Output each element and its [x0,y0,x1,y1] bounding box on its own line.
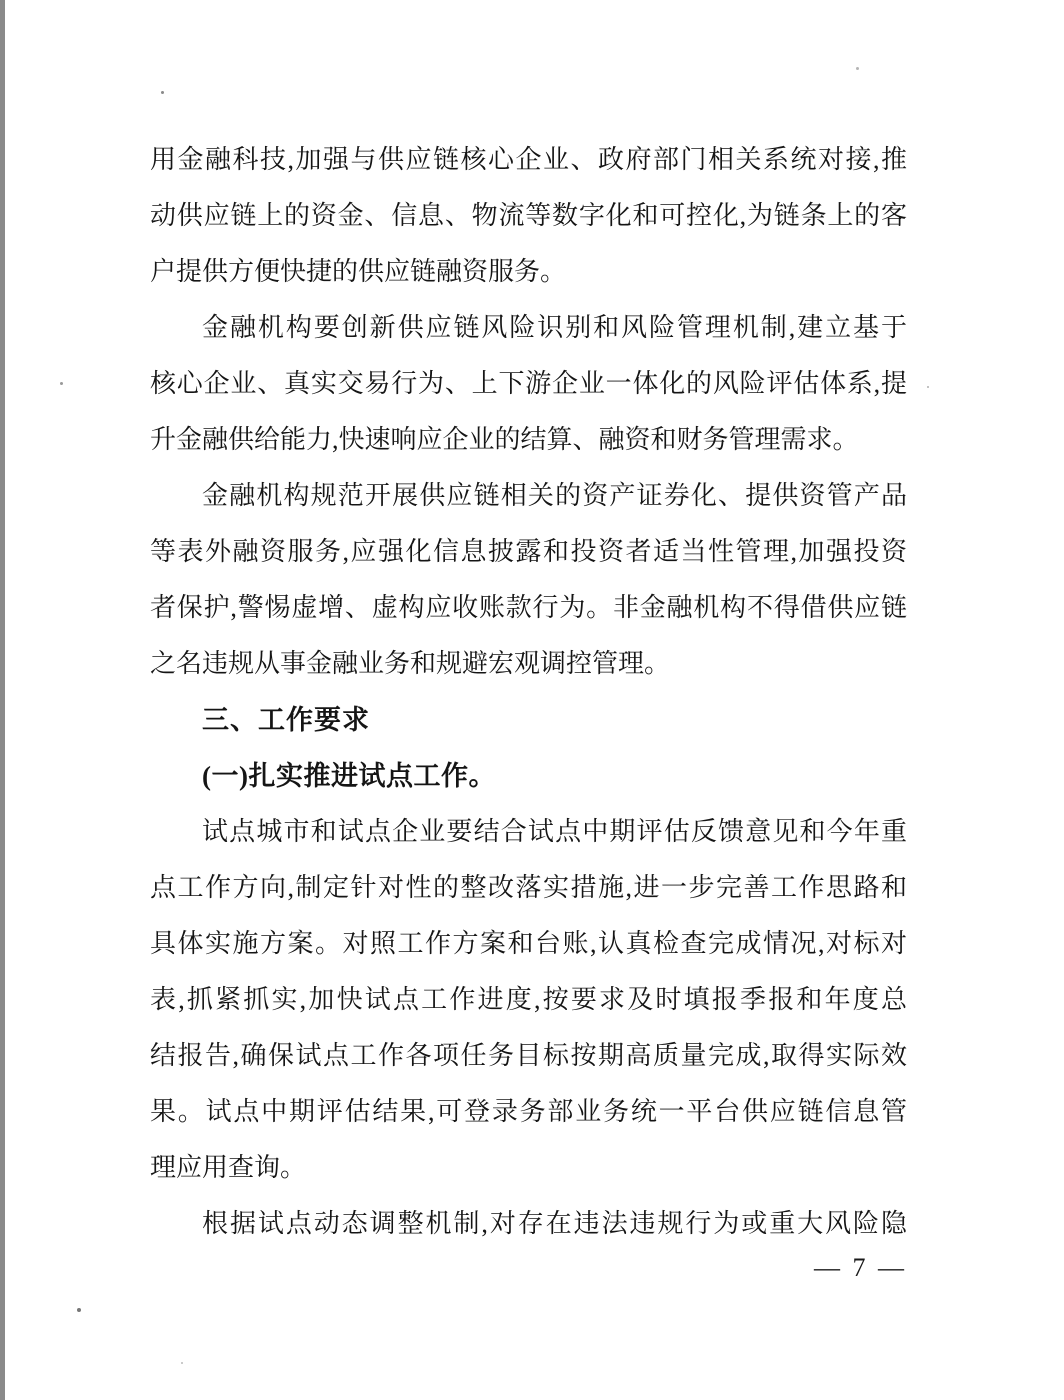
text-line: 动供应链上的资金、信息、物流等数字化和可控化,为链条上的客 [150,188,907,244]
scan-speck [60,382,63,385]
page-number: — 7 — [814,1240,907,1296]
section-heading: 三、工作要求 [150,692,907,748]
scan-edge-shadow [0,0,5,1400]
text-line: 之名违规从事金融业务和规避宏观调控管理。 [150,636,907,692]
text-line: 根据试点动态调整机制,对存在违法违规行为或重大风险隐 [150,1196,907,1252]
text-line: 理应用查询。 [150,1140,907,1196]
scan-speck [77,1308,81,1312]
text-line: 者保护,警惕虚增、虚构应收账款行为。非金融机构不得借供应链 [150,580,907,636]
text-line: 户提供方便快捷的供应链融资服务。 [150,244,907,300]
document-body: 用金融科技,加强与供应链核心企业、政府部门相关系统对接,推 动供应链上的资金、信… [150,132,907,1252]
text-line: 升金融供给能力,快速响应企业的结算、融资和财务管理需求。 [150,412,907,468]
subsection-heading: (一)扎实推进试点工作。 [150,748,907,804]
text-line: 核心企业、真实交易行为、上下游企业一体化的风险评估体系,提 [150,356,907,412]
scan-speck [927,386,929,388]
text-line: 等表外融资服务,应强化信息披露和投资者适当性管理,加强投资 [150,524,907,580]
text-line: 结报告,确保试点工作各项任务目标按期高质量完成,取得实际效 [150,1028,907,1084]
text-line: 点工作方向,制定针对性的整改落实措施,进一步完善工作思路和 [150,860,907,916]
text-line: 试点城市和试点企业要结合试点中期评估反馈意见和今年重 [150,804,907,860]
text-line: 果。试点中期评估结果,可登录务部业务统一平台供应链信息管 [150,1084,907,1140]
text-line: 金融机构规范开展供应链相关的资产证券化、提供资管产品 [150,468,907,524]
scanned-document-page: 用金融科技,加强与供应链核心企业、政府部门相关系统对接,推 动供应链上的资金、信… [0,0,1064,1400]
text-line: 具体实施方案。对照工作方案和台账,认真检查完成情况,对标对 [150,916,907,972]
scan-speck [161,91,164,94]
text-line: 金融机构要创新供应链风险识别和风险管理机制,建立基于 [150,300,907,356]
text-line: 表,抓紧抓实,加快试点工作进度,按要求及时填报季报和年度总 [150,972,907,1028]
scan-speck [856,67,859,70]
scan-speck [181,1362,183,1364]
text-line: 用金融科技,加强与供应链核心企业、政府部门相关系统对接,推 [150,132,907,188]
